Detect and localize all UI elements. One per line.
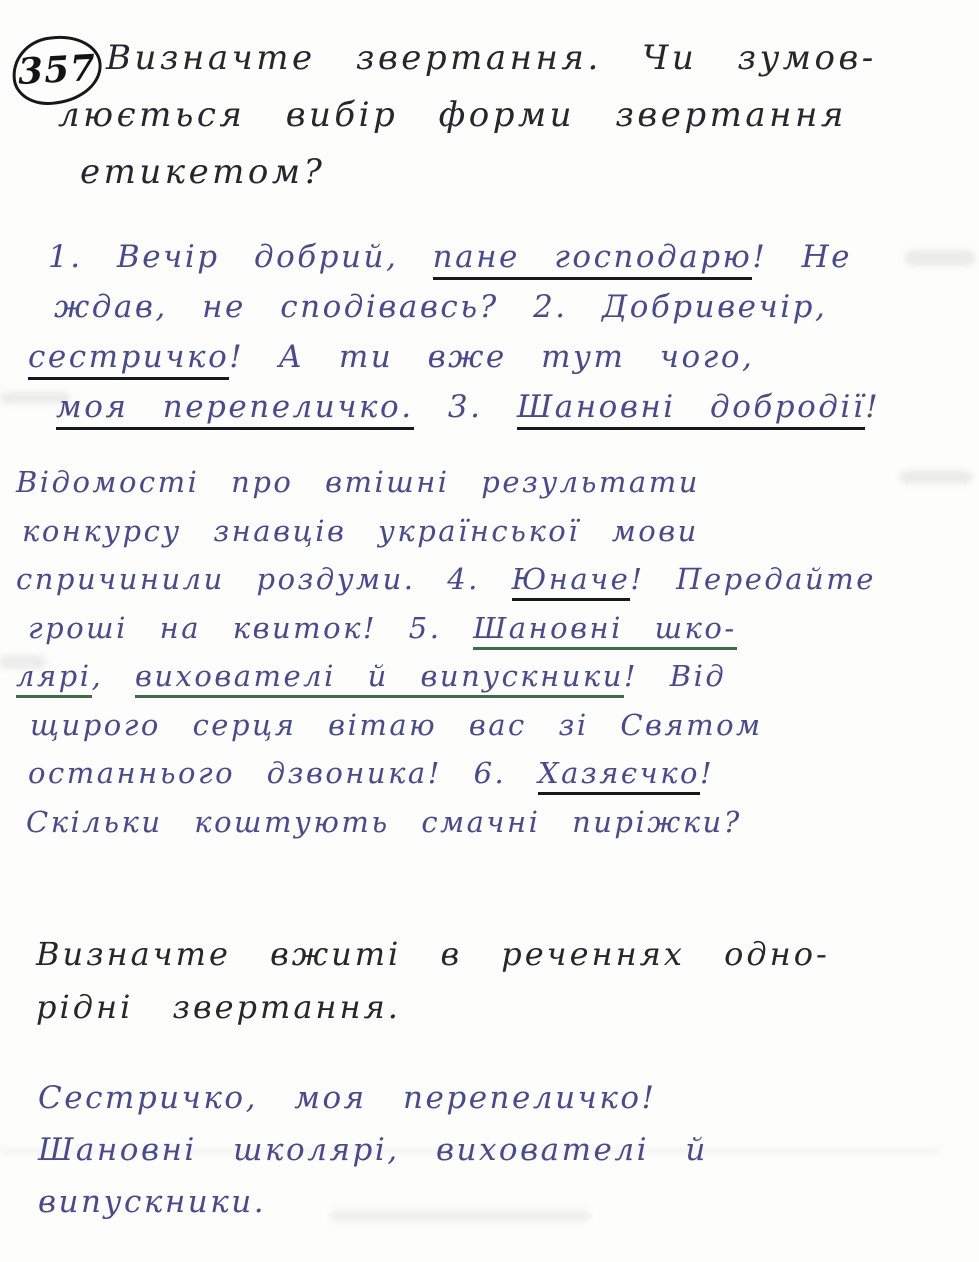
sentences-1-3: 1. Вечір добрий, пане господарю! Неждав,… [28, 232, 968, 432]
handwritten-line: лярі, вихователі й випускники! Від [16, 652, 968, 701]
handwritten-line: рідні звертання. [36, 981, 966, 1034]
handwritten-line: Скільки коштують смачні пиріжки? [16, 798, 968, 847]
text-segment: гроші на квиток! 5. [28, 611, 473, 645]
text-segment: 1. Вечір добрий, [48, 239, 433, 275]
text-segment: випускники. [38, 1184, 266, 1220]
text-segment: щирого серця вітаю вас зі Святом [30, 708, 763, 742]
text-segment: ! Від [624, 659, 726, 693]
text-segment: Відомості про втішні результати [16, 465, 700, 499]
handwritten-line: Шановні школярі, вихователі й [38, 1124, 968, 1176]
text-segment: Шановні школярі, вихователі й [38, 1132, 708, 1168]
handwritten-line: Сестричко, моя перепеличко! [38, 1072, 968, 1124]
handwritten-line: Визначте звертання. Чи зумов- [58, 30, 970, 87]
handwritten-line: щирого серця вітаю вас зі Святом [16, 701, 968, 750]
underlined-phrase: Шановні добродії [517, 389, 865, 430]
underlined-phrase: вихователі й випускники [135, 659, 624, 698]
text-segment: , [92, 659, 135, 693]
text-segment: ! А ти вже тут чого, [229, 339, 754, 375]
text-segment: спричинили роздуми. 4. [16, 562, 512, 596]
underlined-phrase: лярі [16, 659, 92, 698]
text-segment: ждав, не сподівавсь? 2. Добривечір, [54, 289, 827, 325]
handwritten-line: гроші на квиток! 5. Шановні шко- [16, 604, 968, 653]
handwritten-line: 1. Вечір добрий, пане господарю! Не [28, 232, 968, 282]
text-segment: Визначте вжиті в реченнях одно- [36, 935, 830, 973]
handwritten-line: конкурсу знавців української мови [16, 507, 968, 556]
underlined-phrase: пане господарю [433, 239, 753, 280]
handwritten-line: люється вибір форми звертання [58, 87, 970, 144]
handwritten-line: останнього дзвоника! 6. Хазяєчко! [16, 749, 968, 798]
text-segment: Сестричко, моя перепеличко! [38, 1080, 656, 1116]
text-segment: Скільки коштують смачні пиріжки? [26, 805, 742, 839]
handwritten-line: Відомості про втішні результати [16, 458, 968, 507]
text-segment: 3. [414, 389, 517, 425]
handwritten-line: сестричко! А ти вже тут чого, [28, 332, 968, 382]
text-segment: ! Не [752, 239, 852, 275]
task-instruction-2: Визначте вжиті в реченнях одно-рідні зве… [36, 928, 966, 1034]
handwritten-line: ждав, не сподівавсь? 2. Добривечір, [28, 282, 968, 332]
sentences-4-6: Відомості про втішні результатиконкурсу … [16, 458, 968, 846]
text-segment: конкурсу знавців української мови [22, 514, 699, 548]
text-segment: люється вибір форми звертання [58, 95, 847, 135]
handwritten-line: випускники. [38, 1176, 968, 1228]
task-instruction-1: Визначте звертання. Чи зумов-люється виб… [58, 30, 970, 201]
text-segment: останнього дзвоника! 6. [28, 756, 538, 790]
underlined-phrase: Юначе [512, 562, 631, 601]
handwritten-line: спричинили роздуми. 4. Юначе! Передайте [16, 555, 968, 604]
underlined-phrase: сестричко [28, 339, 229, 380]
text-segment: ! [865, 389, 880, 425]
answer-homogeneous-addresses: Сестричко, моя перепеличко!Шановні школя… [38, 1072, 968, 1228]
scanned-page: 357 Визначте звертання. Чи зумов-люється… [0, 0, 979, 1262]
handwritten-line: етикетом? [58, 144, 970, 201]
handwritten-line: Визначте вжиті в реченнях одно- [36, 928, 966, 981]
underlined-phrase: моя перепеличко. [56, 389, 414, 430]
text-segment: ! [700, 756, 714, 790]
text-segment: ! Передайте [630, 562, 876, 596]
underlined-phrase: Шановні шко- [473, 611, 736, 650]
handwritten-line: моя перепеличко. 3. Шановні добродії! [28, 382, 968, 432]
underlined-phrase: Хазяєчко [538, 756, 700, 795]
text-segment: рідні звертання. [36, 988, 401, 1026]
text-segment: Визначте звертання. Чи зумов- [106, 38, 877, 78]
text-segment: етикетом? [80, 152, 325, 192]
